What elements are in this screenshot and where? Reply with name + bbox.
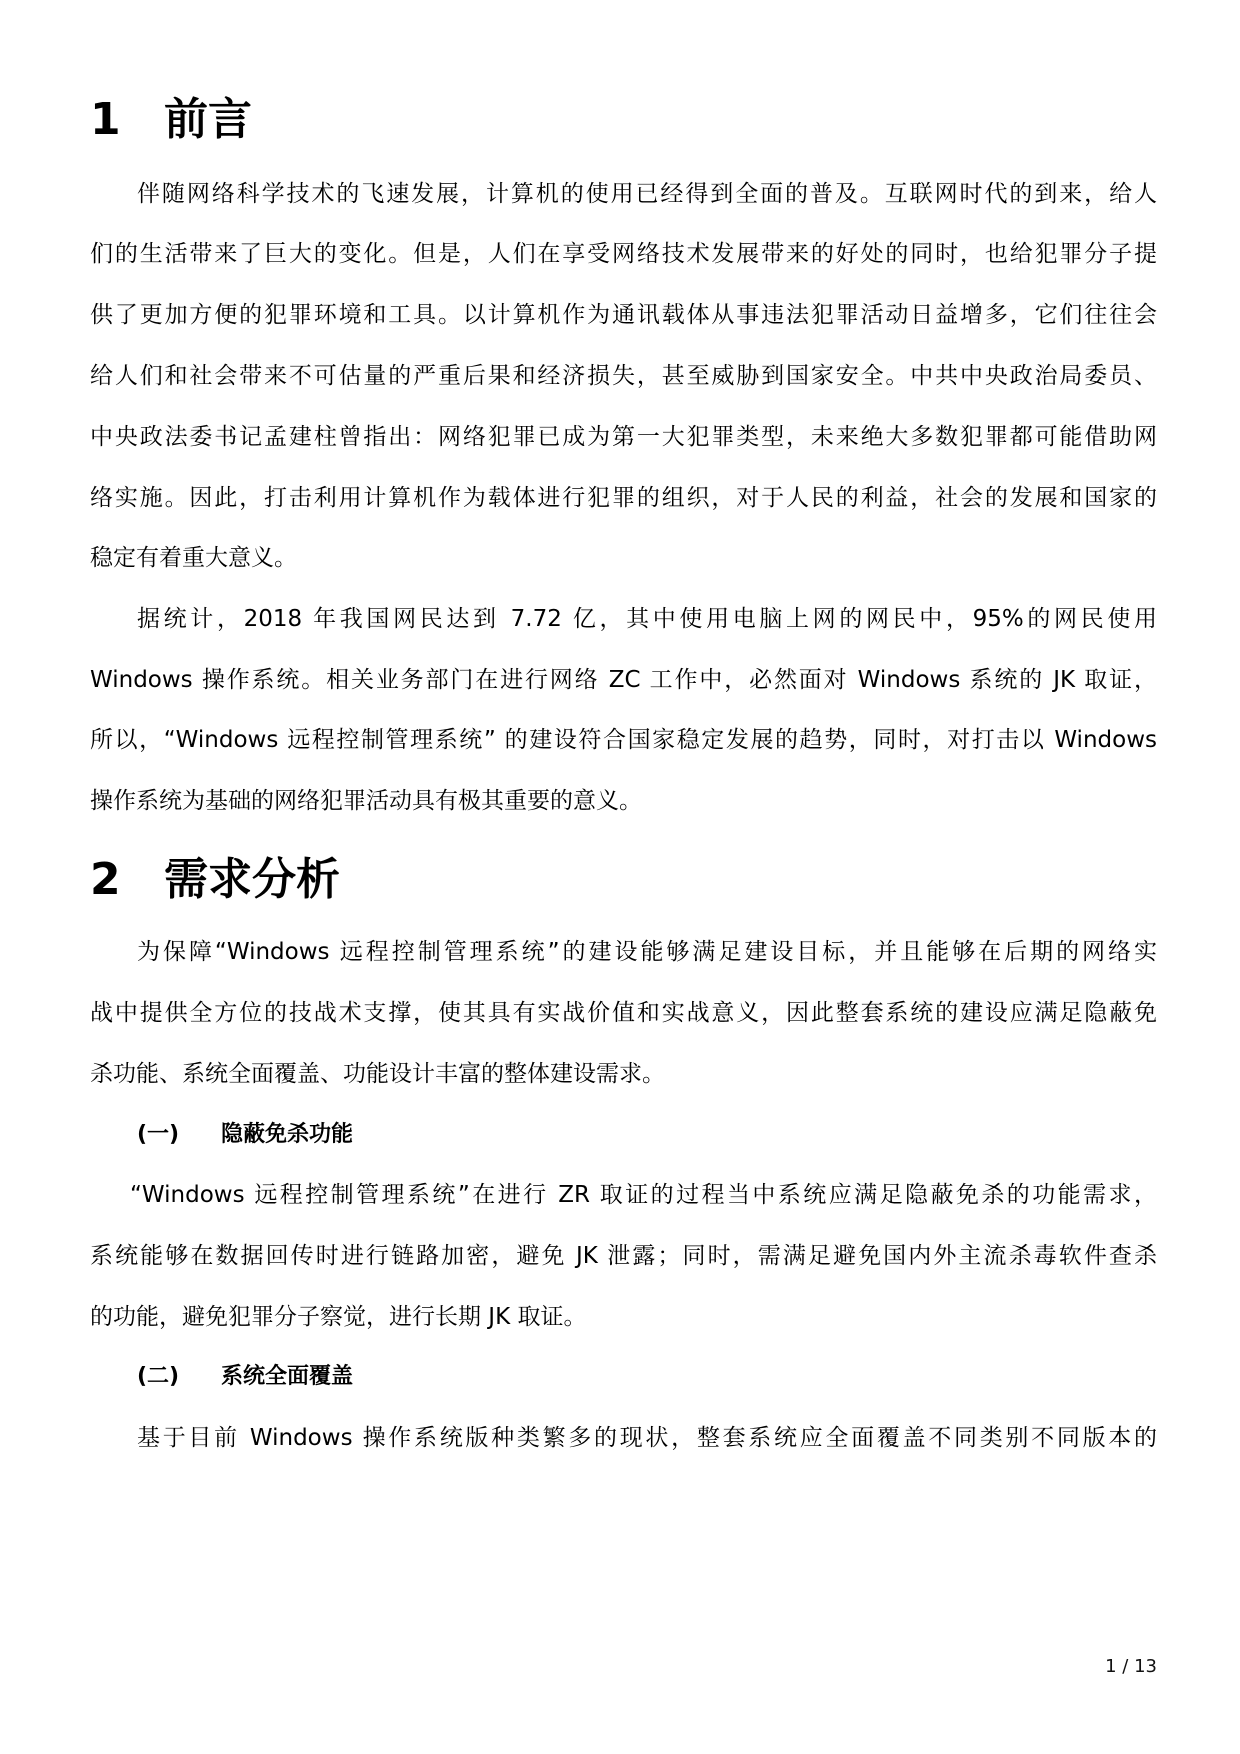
paragraph-line: 们的生活带来了巨大的变化。但是，人们在享受网络技术发展带来的好处的同时，也给犯罪… <box>90 234 1157 274</box>
subsection-number: (二) <box>137 1357 221 1397</box>
paragraph-line: 供了更加方便的犯罪环境和工具。以计算机作为通讯载体从事违法犯罪活动日益增多，它们… <box>90 295 1157 335</box>
section-title: 需求分析 <box>164 845 340 915</box>
paragraph-line: 所以，“Windows 远程控制管理系统” 的建设符合国家稳定发展的趋势，同时，… <box>90 720 1157 760</box>
subsection-title: 系统全面覆盖 <box>221 1357 353 1397</box>
paragraph-line: 杀功能、系统全面覆盖、功能设计丰富的整体建设需求。 <box>90 1054 1157 1094</box>
subsection-number: (一) <box>137 1115 221 1155</box>
paragraph-line: 基于目前 Windows 操作系统版种类繁多的现状，整套系统应全面覆盖不同类别不… <box>137 1418 1157 1458</box>
page-number: 1 / 13 <box>1050 1652 1157 1682</box>
paragraph-line: Windows 操作系统。相关业务部门在进行网络 ZC 工作中，必然面对 Win… <box>90 660 1157 700</box>
section-number: 2 <box>90 845 164 915</box>
paragraph-line: 的功能，避免犯罪分子察觉，进行长期 JK 取证。 <box>90 1297 1157 1337</box>
paragraph-line: 中央政法委书记孟建柱曾指出：网络犯罪已成为第一大犯罪类型，未来绝大多数犯罪都可能… <box>90 417 1157 457</box>
paragraph-line: 操作系统为基础的网络犯罪活动具有极其重要的意义。 <box>90 781 1157 821</box>
subsection-heading-1: (一) 隐蔽免杀功能 <box>137 1115 353 1155</box>
paragraph-line: 络实施。因此，打击利用计算机作为载体进行犯罪的组织，对于人民的利益，社会的发展和… <box>90 478 1157 518</box>
paragraph-line: 战中提供全方位的技战术支撑，使其具有实战价值和实战意义，因此整套系统的建设应满足… <box>90 993 1157 1033</box>
subsection-heading-2: (二) 系统全面覆盖 <box>137 1357 353 1397</box>
section-title: 前言 <box>164 85 252 155</box>
section-heading-2: 2 需求分析 <box>90 845 340 915</box>
paragraph-line: 系统能够在数据回传时进行链路加密，避免 JK 泄露；同时，需满足避免国内外主流杀… <box>90 1236 1157 1276</box>
document-page: 1 前言 伴随网络科学技术的飞速发展，计算机的使用已经得到全面的普及。互联网时代… <box>0 0 1240 1754</box>
paragraph-line: 稳定有着重大意义。 <box>90 538 1157 578</box>
paragraph-line: 为保障“Windows 远程控制管理系统”的建设能够满足建设目标，并且能够在后期… <box>137 932 1157 972</box>
subsection-title: 隐蔽免杀功能 <box>221 1115 353 1155</box>
paragraph-line: 据统计，2018 年我国网民达到 7.72 亿，其中使用电脑上网的网民中，95%… <box>137 599 1157 639</box>
paragraph-line: 给人们和社会带来不可估量的严重后果和经济损失，甚至威胁到国家安全。中共中央政治局… <box>90 356 1157 396</box>
paragraph-line: 伴随网络科学技术的飞速发展，计算机的使用已经得到全面的普及。互联网时代的到来，给… <box>137 174 1157 214</box>
paragraph-line: “Windows 远程控制管理系统”在进行 ZR 取证的过程当中系统应满足隐蔽免… <box>130 1175 1157 1215</box>
section-heading-1: 1 前言 <box>90 85 252 155</box>
section-number: 1 <box>90 85 164 155</box>
